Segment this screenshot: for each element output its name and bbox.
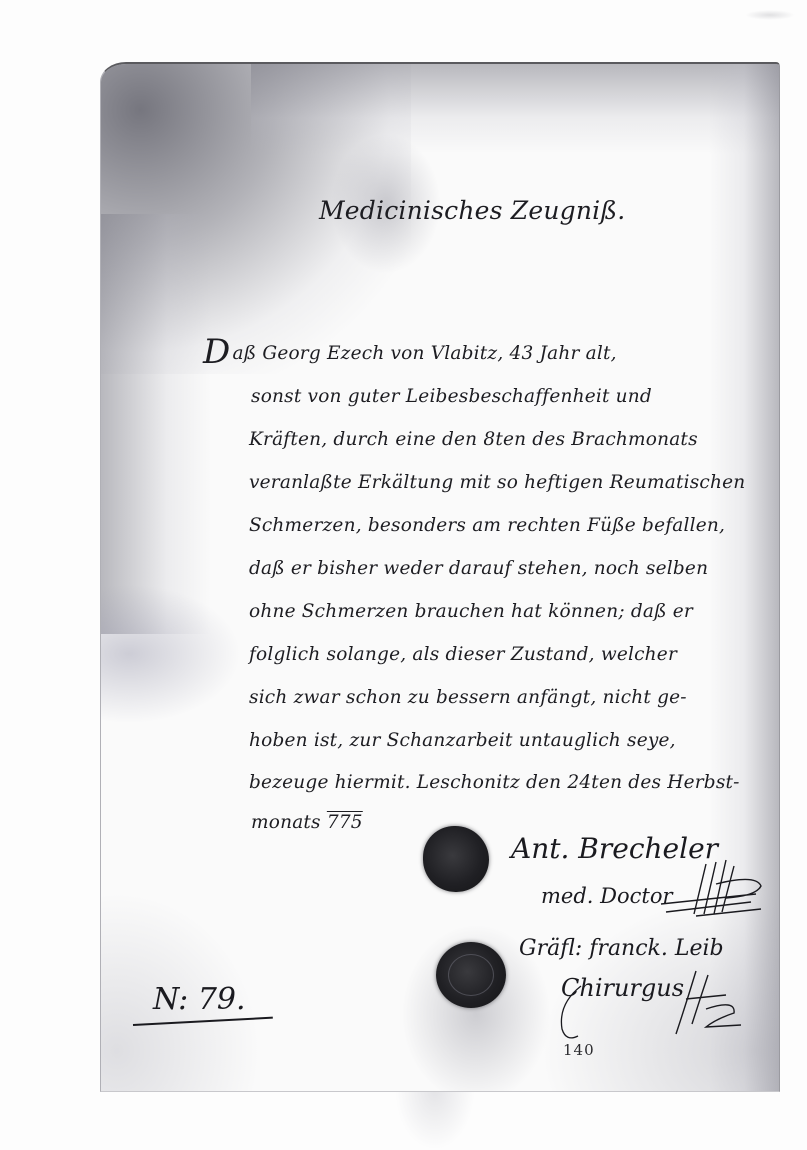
body-line-8: folglich solange, als dieser Zustand, we…: [249, 644, 677, 665]
body-line-10: hoben ist, zur Schanzarbeit untauglich s…: [249, 730, 676, 751]
year: 775: [327, 812, 363, 833]
body-line-7: ohne Schmerzen brauchen hat können; daß …: [249, 601, 693, 622]
scan-shadow: [251, 64, 780, 154]
wax-seal-upper: [423, 826, 489, 892]
body-line-3: Kräften, durch eine den 8ten des Brachmo…: [249, 429, 698, 450]
body-line-text: aß Georg Ezech von Vlabitz, 43 Jahr alt,: [232, 343, 616, 364]
scan-smear: [395, 1090, 475, 1150]
body-line-6: daß er bisher weder darauf stehen, noch …: [249, 558, 708, 579]
signature-flourish-icon: [666, 969, 746, 1039]
signature-flourish-icon: [556, 984, 586, 1044]
archive-number: N: 79.: [153, 982, 246, 1017]
body-line-4: veranlaßte Erkältung mit so heftigen Reu…: [249, 472, 745, 493]
body-line-5: Schmerzen, besonders am rechten Füße bef…: [249, 515, 725, 536]
body-line-2: sonst von guter Leibesbeschaffenheit und: [251, 386, 652, 407]
page-number: 140: [563, 1041, 595, 1059]
archive-number-underline: [133, 1017, 273, 1026]
signature-title-1: med. Doctor: [541, 884, 673, 908]
signature-name-2: Gräfl: franck. Leib: [519, 936, 724, 961]
initial-letter: D: [203, 332, 230, 372]
manuscript-sheet: Medicinisches Zeugniß. Daß Georg Ezech v…: [100, 62, 780, 1092]
body-line-1: Daß Georg Ezech von Vlabitz, 43 Jahr alt…: [203, 332, 617, 372]
wax-seal-lower: [436, 942, 506, 1008]
document-title: Medicinisches Zeugniß.: [319, 196, 625, 225]
scan-shadow: [101, 214, 211, 634]
month-word: monats: [251, 812, 321, 833]
body-line-12: monats 775: [251, 812, 363, 833]
body-line-9: sich zwar schon zu bessern anfängt, nich…: [249, 687, 687, 708]
body-line-11: bezeuge hiermit. Leschonitz den 24ten de…: [249, 772, 740, 793]
stray-scan-mark: [745, 10, 795, 20]
signature-flourish-icon: [656, 854, 766, 924]
scan-shadow: [101, 584, 241, 724]
